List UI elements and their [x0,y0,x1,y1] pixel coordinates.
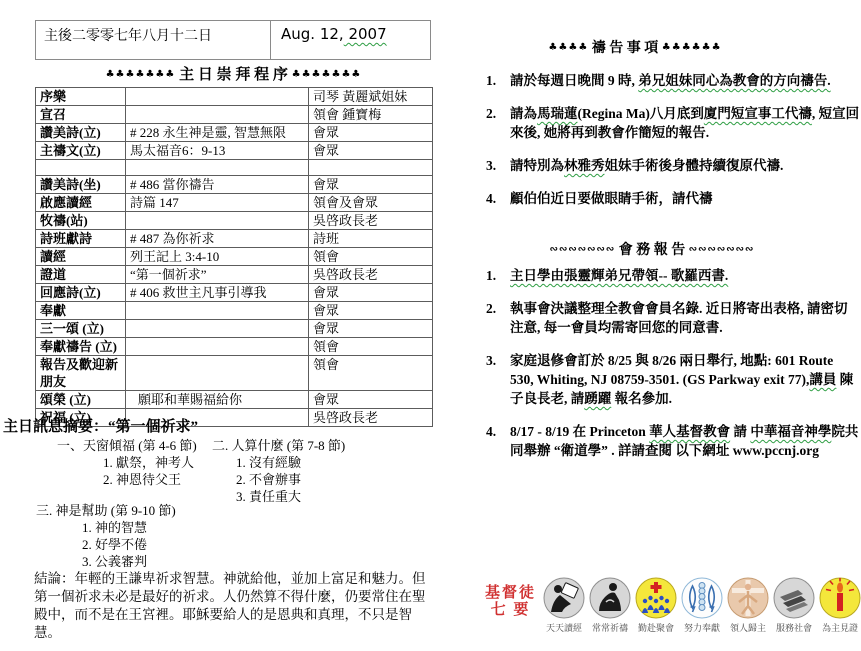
icon-label: 常常祈禱 [587,621,633,634]
outline-title: 二. 人算什麼 (第 7-8 節) [212,437,345,454]
program-item-label: 回應詩(立) [36,284,126,302]
table-row: 頌榮 (立)願耶和華賜福給你會眾 [36,391,433,409]
table-row: 奉獻會眾 [36,302,433,320]
program-item-content: # 486 當你禱告 [126,176,309,194]
program-header: ♣♣♣♣♣♣♣ 主 日 崇 拜 程 序 ♣♣♣♣♣♣♣ [35,63,432,84]
praying-icon [588,576,632,620]
date-box: 主後二零零七年八月十二日 Aug. 12, 2007 [35,20,431,60]
item-text: 家庭退修會訂於 8/25 與 8/26 兩日舉行, 地點: 601 Route … [510,351,860,408]
outline-item: 3. 公義審判 [82,553,176,570]
worship-program-table: 序樂司琴 黃麗斌姐妹 宣召領會 鍾寶梅 讚美詩(立)# 228 永生神是靈, 智… [35,87,433,427]
program-item-content: 願耶和華賜福給你 [126,391,309,409]
program-item-label: 證道 [36,266,126,284]
program-item-label [36,160,126,176]
outline-item: 1. 獻祭，神考人 [103,454,197,471]
program-item-leader: 領會及會眾 [309,194,433,212]
program-item-label: 啟應讀經 [36,194,126,212]
program-item-leader: 會眾 [309,142,433,160]
outline-title: 一、天窗傾福 (第 4-6 節) [57,437,197,454]
item-text: 請於每週日晚間 9 時, 弟兄姐妹同心為教會的方向禱告. [510,71,860,90]
program-item-leader: 領會 [309,248,433,266]
prayer-title: 禱 告 事 項 [592,41,659,56]
table-row: 詩班獻詩# 487 為你祈求詩班 [36,230,433,248]
table-row: 三一頌 (立)會眾 [36,320,433,338]
program-item-content: # 228 永生神是靈, 智慧無限 [126,124,309,142]
table-row: 奉獻禱告 (立)領會 [36,338,433,356]
program-item-content [126,302,309,320]
program-item-label: 報告及歡迎新朋友 [36,356,126,391]
table-row: 宣召領會 鍾寶梅 [36,106,433,124]
table-row: 主禱文(立)馬太福音6：9-13會眾 [36,142,433,160]
sermon-outline-section-1: 一、天窗傾福 (第 4-6 節) 1. 獻祭，神考人 2. 神恩待父王 [57,437,197,488]
icon-unit: 為主見證 [817,576,861,634]
icon-unit: 努力奉獻 [679,576,725,634]
item-number: 1. [486,71,510,90]
sermon-conclusion: 結論：年輕的王謙卑祈求智慧。神就給他，並加上富足和魅力。但第一個祈求未必是最好的… [34,570,436,642]
table-row: 序樂司琴 黃麗斌姐妹 [36,88,433,106]
icon-label: 勤赴聚會 [633,621,679,634]
program-item-leader: 吳啓政長老 [309,409,433,427]
date-english: Aug. 12, 2007 [271,21,430,59]
table-row: 啟應讀經詩篇 147領會及會眾 [36,194,433,212]
program-item-content [126,356,309,391]
program-item-leader: 領會 鍾寶梅 [309,106,433,124]
list-item: 3. 請特別為林雅秀姐妹手術後身體持續復原代禱. [486,156,860,175]
program-item-content: # 406 救世主凡事引導我 [126,284,309,302]
sermon-outline-section-2: 二. 人算什麼 (第 7-8 節) 1. 沒有經驗 2. 不會辦事 3. 責任重… [212,437,345,505]
outline-item: 2. 不會辦事 [236,471,345,488]
program-item-label: 詩班獻詩 [36,230,126,248]
program-item-leader: 會眾 [309,284,433,302]
item-number: 2. [486,299,510,337]
outline-title: 三. 神是幫助 (第 9-10 節) [36,502,176,519]
ornament-left-icon: ♣♣♣♣♣♣♣ [106,69,176,80]
program-item-label: 讀經 [36,248,126,266]
program-item-content: 列王記上 3:4-10 [126,248,309,266]
program-item-leader: 詩班 [309,230,433,248]
list-item: 3. 家庭退修會訂於 8/25 與 8/26 兩日舉行, 地點: 601 Rou… [486,351,860,408]
ornament-right-icon: ♣♣♣♣♣♣♣ [292,69,362,80]
icon-unit: 服務社會 [771,576,817,634]
table-row: 讚美詩(立)# 228 永生神是靈, 智慧無限會眾 [36,124,433,142]
program-item-content: “第一個祈求” [126,266,309,284]
table-row: 牧禱(站)吳啓政長老 [36,212,433,230]
program-item-label: 主禱文(立) [36,142,126,160]
sermon-summary-heading: 主日訊息摘要：“第一個祈求” [3,415,198,436]
program-item-leader: 領會 [309,338,433,356]
program-item-leader: 會眾 [309,302,433,320]
icon-label: 努力奉獻 [679,621,725,634]
date-english-year: 2007 [344,25,387,43]
program-item-content [126,88,309,106]
program-item-label: 奉獻禱告 (立) [36,338,126,356]
program-title: 主 日 崇 拜 程 序 [179,67,288,83]
program-item-leader: 吳啓政長老 [309,212,433,230]
table-row: 報告及歡迎新朋友領會 [36,356,433,391]
date-chinese: 主後二零零七年八月十二日 [36,21,271,59]
item-number: 3. [486,156,510,175]
seven-essentials-strip: 基督徒 七 要 天天讀經 常常祈禱 勤赴聚會 努力奉獻 領人歸主 服務社會 [485,576,861,634]
announcement-section-header: ∾∾∾∾∾∾∾ 會 務 報 告 ∾∾∾∾∾∾∾ [482,239,822,259]
program-item-label: 奉獻 [36,302,126,320]
announcement-title: 會 務 報 告 [619,243,686,258]
program-item-label: 牧禱(站) [36,212,126,230]
table-row [36,160,433,176]
icon-label: 為主見證 [817,621,861,634]
outline-item: 2. 好學不倦 [82,536,176,553]
item-number: 1. [486,266,510,285]
program-item-label: 宣召 [36,106,126,124]
evangelism-icon [726,576,770,620]
outline-item: 2. 神恩待父王 [103,471,197,488]
seven-essentials-title: 基督徒 七 要 [485,585,536,619]
program-item-content [126,106,309,124]
program-item-content [126,320,309,338]
program-item-leader: 會眾 [309,320,433,338]
icon-label: 服務社會 [771,621,817,634]
item-text: 顧伯伯近日要做眼睛手術，請代禱 [510,189,860,208]
icon-unit: 常常祈禱 [587,576,633,634]
program-item-leader: 會眾 [309,124,433,142]
list-item: 4. 顧伯伯近日要做眼睛手術，請代禱 [486,189,860,208]
prayer-items-list: 1. 請於每週日晚間 9 時, 弟兄姐妹同心為教會的方向禱告. 2. 請為馬瑞蓮… [486,71,860,222]
witness-icon [818,576,861,620]
item-text: 請特別為林雅秀姐妹手術後身體持續復原代禱. [510,156,860,175]
icon-label: 領人歸主 [725,621,771,634]
service-icon [772,576,816,620]
list-item: 4. 8/17 - 8/19 在 Princeton 華人基督教會 請 中華福音… [486,422,860,460]
ornament-right-icon: ♣♣♣♣♣♣ [662,42,722,53]
sermon-outline-section-3: 三. 神是幫助 (第 9-10 節) 1. 神的智慧 2. 好學不倦 3. 公義… [36,502,176,570]
offering-icon [680,576,724,620]
table-row: 讚美詩(坐)# 486 當你禱告會眾 [36,176,433,194]
reading-icon [542,576,586,620]
assembly-icon [634,576,678,620]
program-item-content [126,338,309,356]
program-item-leader [309,160,433,176]
ornament-left-icon: ∾∾∾∾∾∾∾ [550,244,616,255]
item-number: 3. [486,351,510,408]
prayer-section-header: ♣♣♣♣ 禱 告 事 項 ♣♣♣♣♣♣ [470,37,800,57]
item-number: 4. [486,422,510,460]
program-item-label: 讚美詩(坐) [36,176,126,194]
ornament-right-icon: ∾∾∾∾∾∾∾ [689,244,755,255]
table-row: 讀經列王記上 3:4-10領會 [36,248,433,266]
announcement-items-list: 1. 主日學由張靈輝弟兄帶領-- 歌羅西書. 2. 執事會決議整理全教會會員名錄… [486,266,860,474]
ornament-left-icon: ♣♣♣♣ [548,42,588,53]
outline-item: 3. 責任重大 [236,488,345,505]
program-item-leader: 吳啓政長老 [309,266,433,284]
seven-essentials-icons: 天天讀經 常常祈禱 勤赴聚會 努力奉獻 領人歸主 服務社會 為主見證 [541,576,861,634]
table-row: 證道“第一個祈求”吳啓政長老 [36,266,433,284]
icon-unit: 領人歸主 [725,576,771,634]
program-item-label: 三一頌 (立) [36,320,126,338]
item-number: 2. [486,104,510,142]
list-item: 2. 請為馬瑞蓮(Regina Ma)八月底到廈門短宣事工代禱, 短宣回來後, … [486,104,860,142]
icon-unit: 天天讀經 [541,576,587,634]
icon-label: 天天讀經 [541,621,587,634]
program-item-leader: 司琴 黃麗斌姐妹 [309,88,433,106]
program-item-content: 馬太福音6：9-13 [126,142,309,160]
date-english-prefix: Aug. 12, [281,25,344,43]
bulletin-page: { "colors": { "accent_red": "#d03030", "… [0,0,861,651]
program-item-content: # 487 為你祈求 [126,230,309,248]
item-text: 主日學由張靈輝弟兄帶領-- 歌羅西書. [510,266,860,285]
program-item-leader: 會眾 [309,391,433,409]
program-item-label: 頌榮 (立) [36,391,126,409]
list-item: 1. 主日學由張靈輝弟兄帶領-- 歌羅西書. [486,266,860,285]
table-row: 回應詩(立)# 406 救世主凡事引導我會眾 [36,284,433,302]
program-item-leader: 領會 [309,356,433,391]
item-text: 請為馬瑞蓮(Regina Ma)八月底到廈門短宣事工代禱, 短宣回來後, 她將再… [510,104,860,142]
program-item-content: 詩篇 147 [126,194,309,212]
icon-unit: 勤赴聚會 [633,576,679,634]
program-item-label: 序樂 [36,88,126,106]
outline-item: 1. 沒有經驗 [236,454,345,471]
program-item-content [126,160,309,176]
item-text: 執事會決議整理全教會會員名錄. 近日將寄出表格, 請密切注意, 每一會員均需寄回… [510,299,860,337]
program-item-content [126,212,309,230]
list-item: 2. 執事會決議整理全教會會員名錄. 近日將寄出表格, 請密切注意, 每一會員均… [486,299,860,337]
outline-item: 1. 神的智慧 [82,519,176,536]
item-number: 4. [486,189,510,208]
program-item-label: 讚美詩(立) [36,124,126,142]
list-item: 1. 請於每週日晚間 9 時, 弟兄姐妹同心為教會的方向禱告. [486,71,860,90]
item-text: 8/17 - 8/19 在 Princeton 華人基督教會 請 中華福音神學院… [510,422,860,460]
program-item-leader: 會眾 [309,176,433,194]
